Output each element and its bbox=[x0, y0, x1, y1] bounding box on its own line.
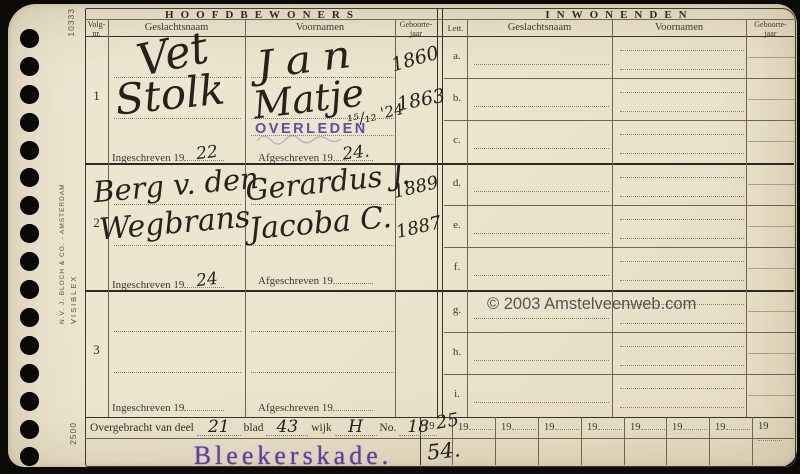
handwritten-wijk: H bbox=[335, 421, 377, 436]
year-prefix: 19 bbox=[458, 422, 469, 433]
row-letter: b. bbox=[446, 92, 468, 104]
transfer-line: Overgebracht van deel 21 blad 43 wijk H … bbox=[90, 420, 437, 435]
write-line bbox=[620, 69, 744, 70]
write-line bbox=[114, 331, 241, 332]
dotted-tail bbox=[598, 421, 622, 430]
write-line bbox=[474, 191, 609, 192]
write-line bbox=[474, 275, 609, 276]
printer-imprint: N.V. J. BLOCH & CO. - AMSTERDAM VISIBLEX bbox=[58, 159, 79, 324]
footer-rule bbox=[709, 417, 710, 465]
afgeschreven-line: Afgeschreven 19 bbox=[258, 273, 373, 287]
row-number: 3 bbox=[85, 342, 108, 358]
year-prefix: 19 bbox=[544, 422, 555, 433]
dotted-tail bbox=[641, 421, 665, 430]
handwritten-surname: Stolk bbox=[113, 68, 227, 121]
lodger-row-b: b. bbox=[444, 78, 795, 120]
handwritten-number-54: 54. bbox=[426, 439, 461, 463]
footer-rule bbox=[752, 417, 753, 465]
transfer-label-no: No. bbox=[379, 422, 396, 434]
year-cell-line bbox=[748, 184, 795, 185]
year-cell-line bbox=[748, 353, 795, 354]
print-run-number: 2500 bbox=[68, 422, 78, 445]
write-line bbox=[620, 261, 744, 262]
write-line bbox=[620, 388, 744, 389]
row-letter: c. bbox=[446, 134, 468, 146]
year-cell: 19 bbox=[672, 421, 708, 439]
ingeschreven-label: Ingeschreven 19 bbox=[112, 402, 184, 414]
copyright-watermark: © 2003 Amstelveenweb.com bbox=[487, 295, 696, 314]
transfer-label-wijk: wijk bbox=[311, 422, 331, 434]
section-title-inwonenden: INWONENDEN bbox=[444, 9, 795, 21]
dotted-tail bbox=[555, 421, 579, 430]
handwritten-given-name: Jacoba C. bbox=[248, 203, 393, 245]
punch-hole bbox=[20, 252, 39, 271]
faint-stamp-scribble bbox=[255, 132, 347, 146]
year-prefix: 19 bbox=[424, 421, 435, 432]
punch-hole bbox=[20, 280, 39, 299]
write-line bbox=[474, 148, 609, 149]
handwritten-surname: Wegbrans bbox=[98, 202, 252, 245]
footer-rule bbox=[495, 417, 496, 465]
year-cell: 19 bbox=[630, 421, 666, 439]
punch-hole bbox=[20, 420, 39, 439]
write-line bbox=[474, 402, 609, 403]
year-cell: 19 bbox=[587, 421, 623, 439]
main-resident-row-1: 1 Vet Jan 1860 Stolk Matje 1863 OVERLEDE… bbox=[85, 36, 440, 163]
footer-rule bbox=[538, 417, 539, 465]
row-letter: f. bbox=[446, 261, 468, 273]
dotted-tail bbox=[333, 400, 373, 411]
write-line bbox=[620, 346, 744, 347]
punch-hole bbox=[20, 141, 39, 160]
register-card: 10333 N.V. J. BLOCH & CO. - AMSTERDAM VI… bbox=[8, 4, 797, 467]
lodger-row-h: h. bbox=[444, 332, 795, 374]
write-line bbox=[620, 111, 744, 112]
write-line bbox=[620, 365, 744, 366]
year-cell-line bbox=[748, 226, 795, 227]
punch-hole bbox=[20, 308, 39, 327]
colhead-volgnr-line1: Volg- bbox=[85, 20, 108, 29]
write-line bbox=[620, 153, 744, 154]
row-letter: i. bbox=[446, 388, 468, 400]
colhead-lett: Lett. bbox=[444, 23, 467, 33]
year-cell: 19 bbox=[715, 421, 751, 439]
year-prefix: 19 bbox=[587, 422, 598, 433]
colhead-right-surname: Geslachtsnaam bbox=[467, 22, 612, 33]
handwritten-deel: 21 bbox=[197, 421, 241, 436]
main-resident-row-3: 3 Ingeschreven 19 Afgeschreven 19 bbox=[85, 290, 440, 417]
row-letter: d. bbox=[446, 177, 468, 189]
punch-hole bbox=[20, 168, 39, 187]
row-letter: a. bbox=[446, 50, 468, 62]
dotted-tail bbox=[512, 421, 536, 430]
street-name-stamp: Bleekerskade. bbox=[158, 441, 428, 471]
write-line bbox=[620, 219, 744, 220]
handwritten-given-name: Gerardus J. bbox=[244, 159, 411, 205]
write-line bbox=[251, 372, 394, 373]
write-line bbox=[114, 245, 241, 246]
year-cell: 19 bbox=[501, 421, 537, 439]
punch-hole bbox=[20, 364, 39, 383]
footer-rule bbox=[666, 417, 667, 465]
write-line bbox=[474, 64, 609, 65]
row-number: 1 bbox=[85, 88, 108, 104]
footer-rule bbox=[624, 417, 625, 465]
dotted-tail bbox=[726, 421, 750, 430]
year-cell: 19 bbox=[544, 421, 580, 439]
printer-name: VISIBLEX bbox=[68, 159, 79, 324]
lodger-row-c: c. bbox=[444, 120, 795, 162]
year-cell: 19 bbox=[458, 421, 494, 439]
year-cell-line bbox=[748, 57, 795, 58]
year-cell-line bbox=[748, 99, 795, 100]
colhead-left-year-line1: Geboorte- bbox=[395, 20, 437, 29]
colhead-right-given: Voornamen bbox=[612, 22, 746, 33]
lodger-row-i: i. bbox=[444, 374, 795, 416]
afgeschreven-line: Afgeschreven 19 bbox=[258, 400, 373, 414]
row-letter: g. bbox=[446, 304, 468, 316]
dotted-tail bbox=[184, 400, 224, 411]
dotted-tail bbox=[758, 432, 782, 441]
year-prefix: 19 bbox=[630, 422, 641, 433]
dotted-tail bbox=[333, 273, 373, 284]
section-title-hoofdbewoners: HOOFDBEWONERS bbox=[85, 9, 440, 21]
year-cell: 19 bbox=[758, 421, 792, 439]
punch-hole bbox=[20, 392, 39, 411]
punch-hole bbox=[20, 113, 39, 132]
transfer-label-blad: blad bbox=[244, 422, 264, 434]
write-line bbox=[474, 318, 609, 319]
punch-hole bbox=[20, 447, 39, 466]
write-line bbox=[474, 106, 609, 107]
punch-hole bbox=[20, 85, 39, 104]
write-line bbox=[620, 134, 744, 135]
year-prefix: 19 bbox=[758, 421, 769, 432]
write-line bbox=[474, 233, 609, 234]
afgeschreven-label: Afgeschreven 19 bbox=[258, 402, 333, 414]
write-line bbox=[620, 323, 744, 324]
punch-hole bbox=[20, 224, 39, 243]
write-line bbox=[474, 360, 609, 361]
lodger-row-f: f. bbox=[444, 247, 795, 289]
handwritten-birth-year: 1860 bbox=[389, 44, 441, 76]
transfer-label-deel: Overgebracht van deel bbox=[90, 422, 194, 434]
row-letter: e. bbox=[446, 219, 468, 231]
write-line bbox=[620, 280, 744, 281]
write-line bbox=[251, 331, 394, 332]
row-letter: h. bbox=[446, 346, 468, 358]
year-prefix: 19 bbox=[715, 422, 726, 433]
write-line bbox=[620, 50, 744, 51]
year-cell-line bbox=[748, 268, 795, 269]
footer-rule bbox=[581, 417, 582, 465]
punch-hole bbox=[20, 57, 39, 76]
year-cell-line bbox=[748, 311, 795, 312]
lodger-row-e: e. bbox=[444, 205, 795, 247]
printer-address: N.V. J. BLOCH & CO. - AMSTERDAM bbox=[58, 159, 68, 324]
punch-hole bbox=[20, 29, 39, 48]
lodger-row-d: d. bbox=[444, 163, 795, 205]
dotted-tail bbox=[469, 421, 493, 430]
year-prefix: 19 bbox=[501, 422, 512, 433]
lodger-row-a: a. bbox=[444, 36, 795, 78]
handwritten-birth-year: 1887 bbox=[395, 214, 444, 242]
year-cell-line bbox=[748, 395, 795, 396]
handwritten-year-25: 25 bbox=[435, 411, 461, 433]
year-cell-line bbox=[748, 141, 795, 142]
write-line bbox=[620, 92, 744, 93]
handwritten-ingeschreven-year: 24 bbox=[189, 268, 225, 292]
punch-hole bbox=[20, 196, 39, 215]
write-line bbox=[620, 177, 744, 178]
card-serial-number: 10333 bbox=[66, 8, 76, 37]
handwritten-ingeschreven-year: 22 bbox=[189, 141, 225, 165]
handwritten-blad: 43 bbox=[266, 421, 308, 436]
main-resident-row-2: 2 Berg v. den Gerardus J. 1889 Wegbrans … bbox=[85, 163, 440, 290]
scanned-register-card-photo: 10333 N.V. J. BLOCH & CO. - AMSTERDAM VI… bbox=[0, 0, 800, 474]
colhead-right-year-line1: Geboorte- bbox=[746, 20, 795, 29]
write-line bbox=[620, 238, 744, 239]
afgeschreven-label: Afgeschreven 19 bbox=[258, 275, 333, 287]
year-prefix: 19 bbox=[672, 422, 683, 433]
write-line bbox=[114, 372, 241, 373]
ingeschreven-line: Ingeschreven 19 bbox=[112, 400, 224, 414]
dotted-tail bbox=[683, 421, 707, 430]
write-line bbox=[620, 407, 744, 408]
write-line bbox=[620, 196, 744, 197]
colhead-left-given: Voornamen bbox=[245, 22, 395, 33]
punch-hole bbox=[20, 336, 39, 355]
